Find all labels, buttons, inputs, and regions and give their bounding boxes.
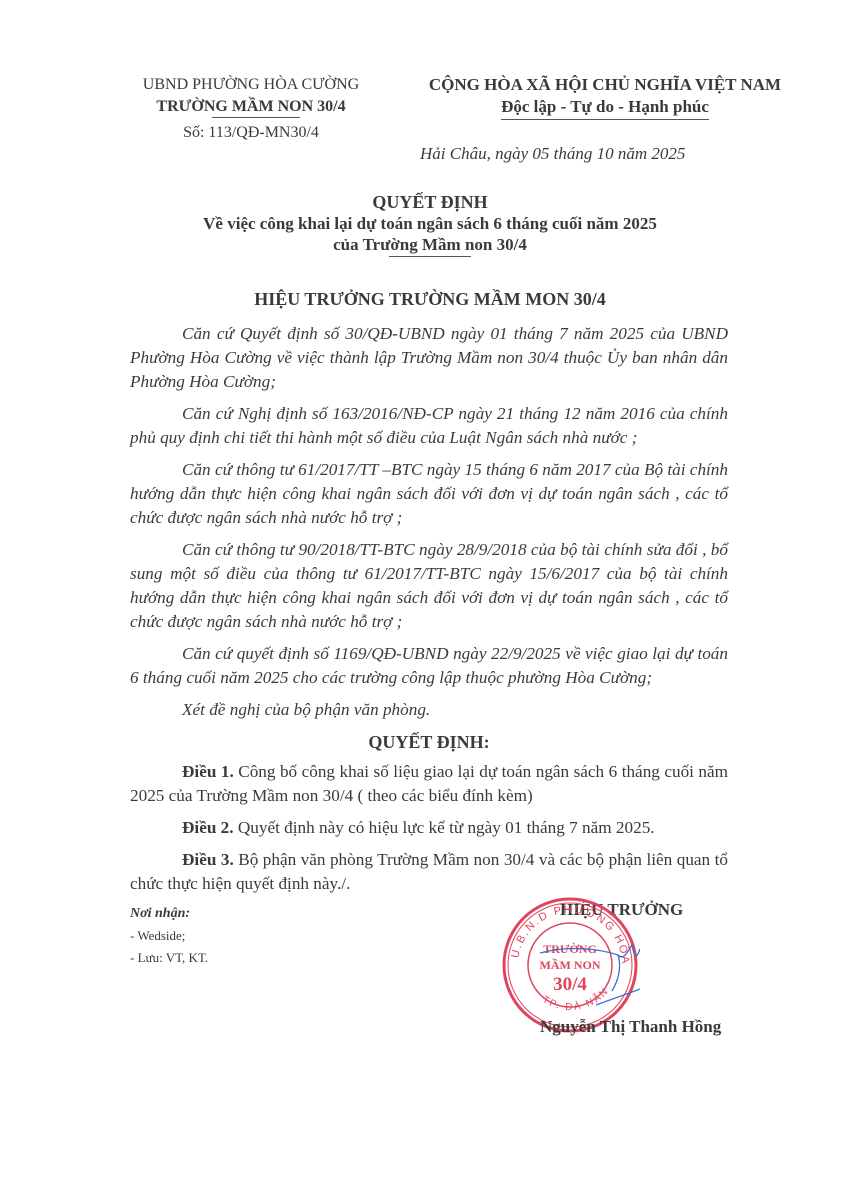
article-2: Điều 2. Quyết định này có hiệu lực kể từ… [130, 816, 728, 840]
article-label: Điều 1. [182, 762, 234, 781]
document-number: Số: 113/QĐ-MN30/4 [120, 122, 382, 144]
authority-heading: HIỆU TRƯỞNG TRƯỜNG MẦM MON 30/4 [120, 289, 740, 310]
nation-name: CỘNG HÒA XÃ HỘI CHỦ NGHĨA VIỆT NAM [405, 74, 805, 96]
document-body: Căn cứ Quyết định số 30/QĐ-UBND ngày 01 … [130, 322, 728, 904]
issuing-authority-block: UBND PHƯỜNG HÒA CƯỜNG TRƯỜNG MẦM NON 30/… [120, 74, 382, 144]
national-header: CỘNG HÒA XÃ HỘI CHỦ NGHĨA VIỆT NAM Độc l… [405, 74, 805, 120]
decision-heading: QUYẾT ĐỊNH: [130, 730, 728, 754]
school-underline [212, 117, 300, 118]
signer-name: Nguyễn Thị Thanh Hồng [540, 1017, 780, 1037]
article-label: Điều 2. [182, 818, 234, 837]
school-name: TRƯỜNG MẦM NON 30/4 [120, 96, 382, 118]
article-1: Điều 1. Công bố công khai số liệu giao l… [130, 760, 728, 808]
svg-text:30/4: 30/4 [553, 974, 587, 995]
official-seal-icon: U.B.N.D PHƯỜNG HÒA CƯỜNG TP. ĐÀ NẴNG TRƯ… [500, 895, 640, 1035]
article-label: Điều 3. [182, 850, 234, 869]
authority-name: UBND PHƯỜNG HÒA CƯỜNG [120, 74, 382, 96]
preamble-item: Xét đề nghị của bộ phận văn phòng. [130, 698, 728, 722]
document-title: QUYẾT ĐỊNH Về việc công khai lại dự toán… [120, 192, 740, 257]
preamble-item: Căn cứ thông tư 61/2017/TT –BTC ngày 15 … [130, 458, 728, 530]
preamble-item: Căn cứ Nghị định số 163/2016/NĐ-CP ngày … [130, 402, 728, 450]
preamble-item: Căn cứ Quyết định số 30/QĐ-UBND ngày 01 … [130, 322, 728, 394]
document-type: QUYẾT ĐỊNH [120, 192, 740, 213]
recipients-block: Nơi nhận: - Wedside; - Lưu: VT, KT. [130, 903, 390, 969]
article-3: Điều 3. Bộ phận văn phòng Trường Mầm non… [130, 848, 728, 896]
recipients-heading: Nơi nhận: [130, 903, 390, 925]
recipient-item: - Wedside; [130, 925, 390, 947]
recipient-item: - Lưu: VT, KT. [130, 947, 390, 969]
preamble-item: Căn cứ quyết định số 1169/QĐ-UBND ngày 2… [130, 642, 728, 690]
subject-line-1: Về việc công khai lại dự toán ngân sách … [120, 213, 740, 234]
title-underline [389, 256, 471, 257]
article-text: Quyết định này có hiệu lực kể từ ngày 01… [234, 818, 655, 837]
subject-line-2: của Trường Mầm non 30/4 [120, 234, 740, 255]
national-motto: Độc lập - Tự do - Hạnh phúc [501, 96, 709, 120]
svg-text:MẦM NON: MẦM NON [540, 957, 601, 972]
place-date: Hải Châu, ngày 05 tháng 10 năm 2025 [420, 144, 800, 164]
preamble-item: Căn cứ thông tư 90/2018/TT-BTC ngày 28/9… [130, 538, 728, 634]
